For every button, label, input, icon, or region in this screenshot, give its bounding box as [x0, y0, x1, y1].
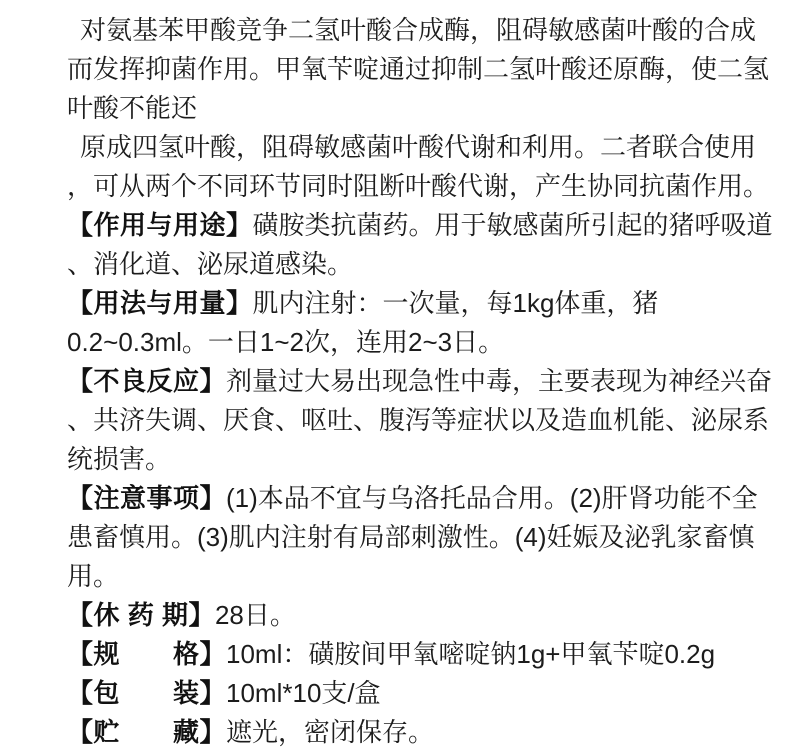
- storage-line: 【贮 藏】遮光，密闭保存。: [67, 713, 744, 750]
- line-text: 原成四氢叶酸，阻碍敏感菌叶酸代谢和利用。二者联合使用: [80, 132, 756, 162]
- package-label: 【包 装】: [67, 678, 226, 708]
- line-text: 用。: [67, 561, 119, 591]
- adverse-reaction-line-2: 、共济失调、厌食、呕吐、腹泻等症状以及造血机能、泌尿系: [67, 401, 744, 440]
- dosage-line-2: 0.2~0.3ml。一日1~2次，连用2~3日。: [67, 323, 744, 362]
- line-text: 叶酸不能还: [67, 93, 197, 123]
- line-text: 而发挥抑菌作用。甲氧苄啶通过抑制二氢叶酸还原酶，使二氢: [67, 54, 769, 84]
- line-text: ，可从两个不同环节同时阻断叶酸代谢，产生协同抗菌作用。: [67, 171, 769, 201]
- dosage-line-1: 【用法与用量】肌内注射：一次量，每1kg体重，猪: [67, 284, 744, 323]
- pharmacology-line-3: 叶酸不能还: [67, 89, 744, 128]
- precautions-line-3: 用。: [67, 557, 744, 596]
- dosage-label: 【用法与用量】: [67, 288, 253, 318]
- line-text: 剂量过大易出现急性中毒，主要表现为神经兴奋: [226, 366, 772, 396]
- line-text: 、共济失调、厌食、呕吐、腹泻等症状以及造血机能、泌尿系: [67, 405, 769, 435]
- line-text: 、消化道、泌尿道感染。: [67, 249, 353, 279]
- package-line: 【包 装】10ml*10支/盒: [67, 674, 744, 713]
- action-use-line-1: 【作用与用途】磺胺类抗菌药。用于敏感菌所引起的猪呼吸道: [67, 206, 744, 245]
- pharmacology-line-2: 而发挥抑菌作用。甲氧苄啶通过抑制二氢叶酸还原酶，使二氢: [67, 50, 744, 89]
- adverse-reaction-line-3: 统损害。: [67, 440, 744, 479]
- line-text: 肌内注射：一次量，每1kg体重，猪: [253, 288, 659, 318]
- adverse-reaction-label: 【不良反应】: [67, 366, 226, 396]
- line-text: 28日。: [215, 600, 296, 630]
- pharmacology-line-5: ，可从两个不同环节同时阻断叶酸代谢，产生协同抗菌作用。: [67, 167, 744, 206]
- storage-label: 【贮 藏】: [67, 717, 226, 747]
- line-text: 统损害。: [67, 444, 171, 474]
- line-text: 磺胺类抗菌药。用于敏感菌所引起的猪呼吸道: [253, 210, 773, 240]
- action-use-line-2: 、消化道、泌尿道感染。: [67, 245, 744, 284]
- withdrawal-period-label: 【休 药 期】: [67, 600, 215, 630]
- specification-line: 【规 格】10ml：磺胺间甲氧嘧啶钠1g+甲氧苄啶0.2g: [67, 635, 744, 674]
- line-text: 患畜慎用。(3)肌内注射有局部刺激性。(4)妊娠及泌乳家畜慎: [67, 522, 755, 552]
- line-text: (1)本品不宜与乌洛托品合用。(2)肝肾功能不全: [226, 483, 758, 513]
- adverse-reaction-line-1: 【不良反应】剂量过大易出现急性中毒，主要表现为神经兴奋: [67, 362, 744, 401]
- pharmacology-line-4: 原成四氢叶酸，阻碍敏感菌叶酸代谢和利用。二者联合使用: [67, 128, 744, 167]
- line-text: 遮光，密闭保存。: [226, 717, 434, 747]
- withdrawal-period-line: 【休 药 期】28日。: [67, 596, 744, 635]
- pharmacology-line-1: 对氨基苯甲酸竞争二氢叶酸合成酶，阻碍敏感菌叶酸的合成: [67, 11, 744, 50]
- precautions-line-1: 【注意事项】(1)本品不宜与乌洛托品合用。(2)肝肾功能不全: [67, 479, 744, 518]
- drug-instruction-document: 对氨基苯甲酸竞争二氢叶酸合成酶，阻碍敏感菌叶酸的合成 而发挥抑菌作用。甲氧苄啶通…: [0, 0, 790, 750]
- line-text: 0.2~0.3ml。一日1~2次，连用2~3日。: [67, 327, 504, 357]
- line-text: 对氨基苯甲酸竞争二氢叶酸合成酶，阻碍敏感菌叶酸的合成: [80, 15, 756, 45]
- line-text: 10ml：磺胺间甲氧嘧啶钠1g+甲氧苄啶0.2g: [226, 639, 715, 669]
- precautions-label: 【注意事项】: [67, 483, 226, 513]
- specification-label: 【规 格】: [67, 639, 226, 669]
- line-text: 10ml*10支/盒: [226, 678, 381, 708]
- action-use-label: 【作用与用途】: [67, 210, 253, 240]
- precautions-line-2: 患畜慎用。(3)肌内注射有局部刺激性。(4)妊娠及泌乳家畜慎: [67, 518, 744, 557]
